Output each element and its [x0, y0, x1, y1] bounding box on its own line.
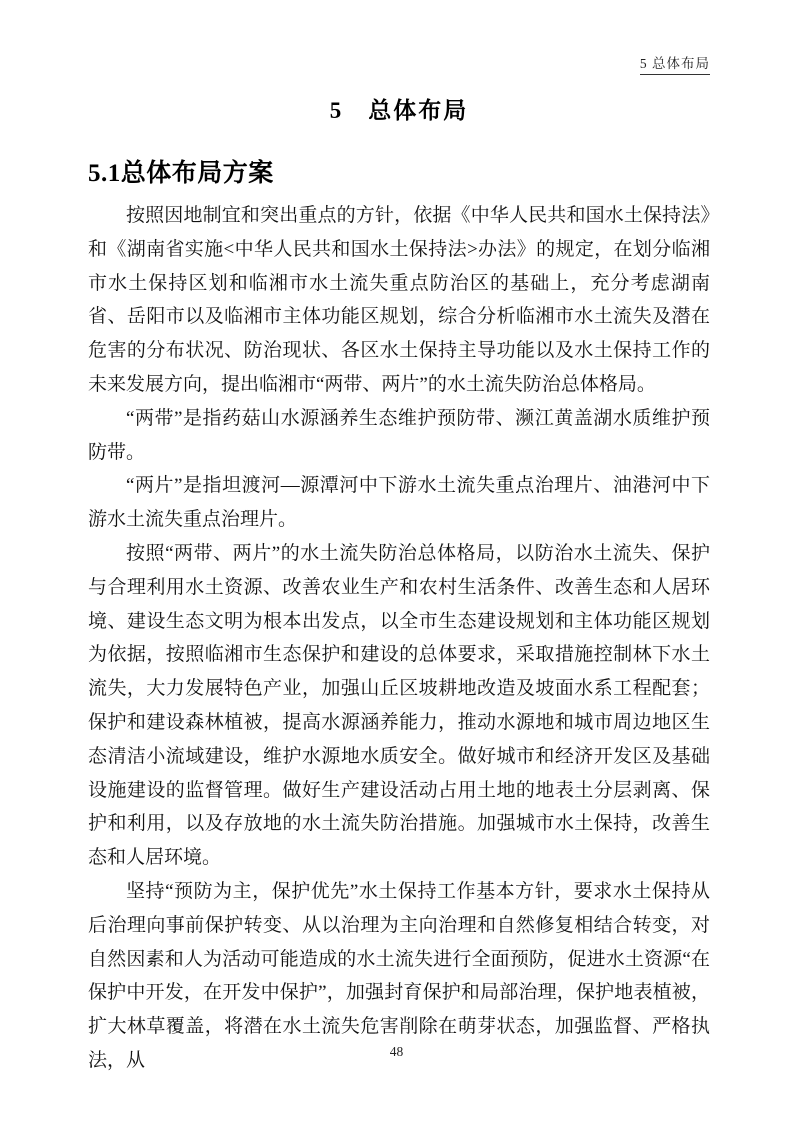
- section-heading: 5.1总体布局方案: [88, 153, 710, 189]
- page-number: 48: [0, 1044, 793, 1060]
- body-paragraph: 按照因地制宜和突出重点的方针，依据《中华人民共和国水土保持法》和《湖南省实施<中…: [88, 199, 710, 402]
- body-paragraph: 按照“两带、两片”的水土流失防治总体格局，以防治水土流失、保护与合理利用水土资源…: [88, 537, 710, 875]
- body-paragraph: “两片”是指坦渡河—源潭河中下游水土流失重点治理片、油港河中下游水土流失重点治理…: [88, 469, 710, 537]
- body-text: 按照因地制宜和突出重点的方针，依据《中华人民共和国水土保持法》和《湖南省实施<中…: [88, 199, 710, 1078]
- body-paragraph: “两带”是指药菇山水源涵养生态维护预防带、濒江黄盖湖水质维护预防带。: [88, 402, 710, 470]
- chapter-title: 5 总体布局: [88, 92, 710, 125]
- page-header: 5 总体布局: [640, 52, 710, 75]
- document-content: 5 总体布局 5.1总体布局方案 按照因地制宜和突出重点的方针，依据《中华人民共…: [88, 92, 710, 1078]
- document-page: 5 总体布局 5 总体布局 5.1总体布局方案 按照因地制宜和突出重点的方针，依…: [0, 0, 793, 1122]
